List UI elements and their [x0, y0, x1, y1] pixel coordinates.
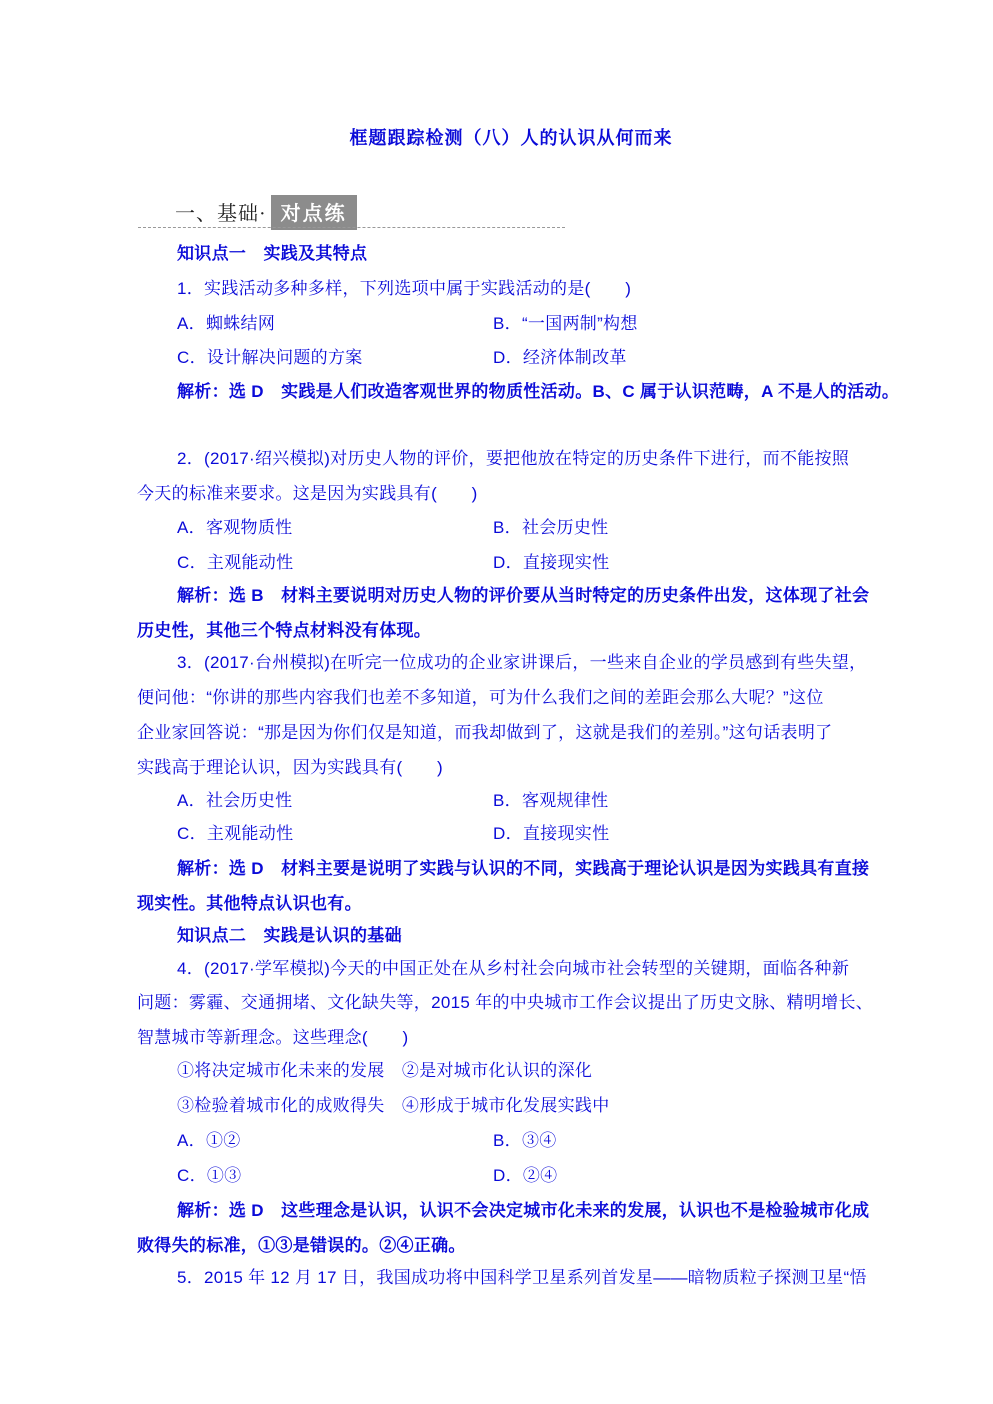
q5-stem-line-1: 5．2015 年 12 月 17 日，我国成功将中国科学卫星系列首发星——暗物质…	[137, 1267, 867, 1289]
q2-option-b: B．社会历史性	[493, 517, 608, 539]
q3-stem-line-4: 实践高于理论认识，因为实践具有( )	[137, 757, 443, 779]
knowledge-point-2-heading: 知识点二 实践是认识的基础	[137, 925, 402, 947]
q4-option-b: B．③④	[493, 1130, 557, 1152]
q2-options-row-ab: A．客观物质性 B．社会历史性	[137, 517, 292, 539]
practice-badge: 对点练	[271, 195, 357, 230]
q3-analysis-line-1: 解析：选 D 材料主要是说明了实践与认识的不同，实践高于理论认识是因为实践具有直…	[137, 858, 869, 880]
q4-stem-line-3: 智慧城市等新理念。这些理念( )	[137, 1027, 408, 1049]
q3-option-b: B．客观规律性	[493, 790, 608, 812]
q4-options-row-cd: C．①③ D．②④	[137, 1165, 241, 1187]
q4-options-row-ab: A．①② B．③④	[137, 1130, 241, 1152]
dashed-divider	[138, 227, 565, 228]
q3-stem-line-2: 便问他：“你讲的那些内容我们也差不多知道，可为什么我们之间的差距会那么大呢？”这…	[137, 687, 824, 709]
q4-option-c: C．①③	[177, 1166, 241, 1185]
q3-option-a: A．社会历史性	[177, 791, 292, 810]
q2-stem-line-1: 2．(2017·绍兴模拟)对历史人物的评价，要把他放在特定的历史条件下进行，而不…	[137, 448, 849, 470]
q2-analysis-line-2: 历史性，其他三个特点材料没有体现。	[137, 620, 431, 642]
q3-options-row-cd: C．主观能动性 D．直接现实性	[137, 823, 293, 845]
document-title: 框题跟踪检测（八）人的认识从何而来	[137, 124, 885, 150]
q3-option-c: C．主观能动性	[177, 824, 293, 843]
q1-options-row-cd: C．设计解决问题的方案 D．经济体制改革	[137, 347, 363, 369]
q1-analysis: 解析：选 D 实践是人们改造客观世界的物质性活动。B、C 属于认识范畴，A 不是…	[137, 381, 899, 403]
q1-option-a: A．蜘蛛结网	[177, 314, 275, 333]
worksheet-page: 框题跟踪检测（八）人的认识从何而来 一、基础·对点练 知识点一 实践及其特点 1…	[0, 0, 993, 1404]
section-header: 一、基础·对点练	[175, 195, 357, 230]
q2-analysis-line-1: 解析：选 B 材料主要说明对历史人物的评价要从当时特定的历史条件出发，这体现了社…	[137, 585, 869, 607]
q3-stem-line-1: 3．(2017·台州模拟)在听完一位成功的企业家讲课后，一些来自企业的学员感到有…	[137, 652, 866, 674]
q1-options-row-ab: A．蜘蛛结网 B．“一国两制”构想	[137, 313, 275, 335]
q1-stem: 1．实践活动多种多样，下列选项中属于实践活动的是( )	[137, 278, 631, 300]
q4-stem-line-2: 问题：雾霾、交通拥堵、文化缺失等，2015 年的中央城市工作会议提出了历史文脉、…	[137, 992, 873, 1014]
q3-options-row-ab: A．社会历史性 B．客观规律性	[137, 790, 292, 812]
q4-analysis-line-1: 解析：选 D 这些理念是认识，认识不会决定城市化未来的发展，认识也不是检验城市化…	[137, 1200, 869, 1222]
q3-option-d: D．直接现实性	[493, 823, 609, 845]
q2-option-d: D．直接现实性	[493, 552, 609, 574]
q4-option-d: D．②④	[493, 1165, 557, 1187]
q2-stem-line-2: 今天的标准来要求。这是因为实践具有( )	[137, 483, 478, 505]
q4-stem-line-1: 4．(2017·学军模拟)今天的中国正处在从乡村社会向城市社会转型的关键期，面临…	[137, 958, 849, 980]
q3-stem-line-3: 企业家回答说：“那是因为你们仅是知道，而我却做到了，这就是我们的差别。”这句话表…	[137, 722, 832, 744]
q1-option-b: B．“一国两制”构想	[493, 313, 638, 335]
q4-analysis-line-2: 败得失的标准，①③是错误的。②④正确。	[137, 1235, 466, 1257]
q2-option-c: C．主观能动性	[177, 553, 293, 572]
q2-option-a: A．客观物质性	[177, 518, 292, 537]
q4-items-line-2: ③检验着城市化的成败得失 ④形成于城市化发展实践中	[137, 1095, 610, 1117]
q4-option-a: A．①②	[177, 1131, 241, 1150]
q1-option-c: C．设计解决问题的方案	[177, 348, 363, 367]
q2-options-row-cd: C．主观能动性 D．直接现实性	[137, 552, 293, 574]
knowledge-point-1-heading: 知识点一 实践及其特点	[137, 243, 367, 265]
section-prefix-label: 一、基础·	[175, 203, 267, 225]
q3-analysis-line-2: 现实性。其他特点认识也有。	[137, 893, 362, 915]
q1-option-d: D．经济体制改革	[493, 347, 627, 369]
q4-items-line-1: ①将决定城市化未来的发展 ②是对城市化认识的深化	[137, 1060, 592, 1082]
